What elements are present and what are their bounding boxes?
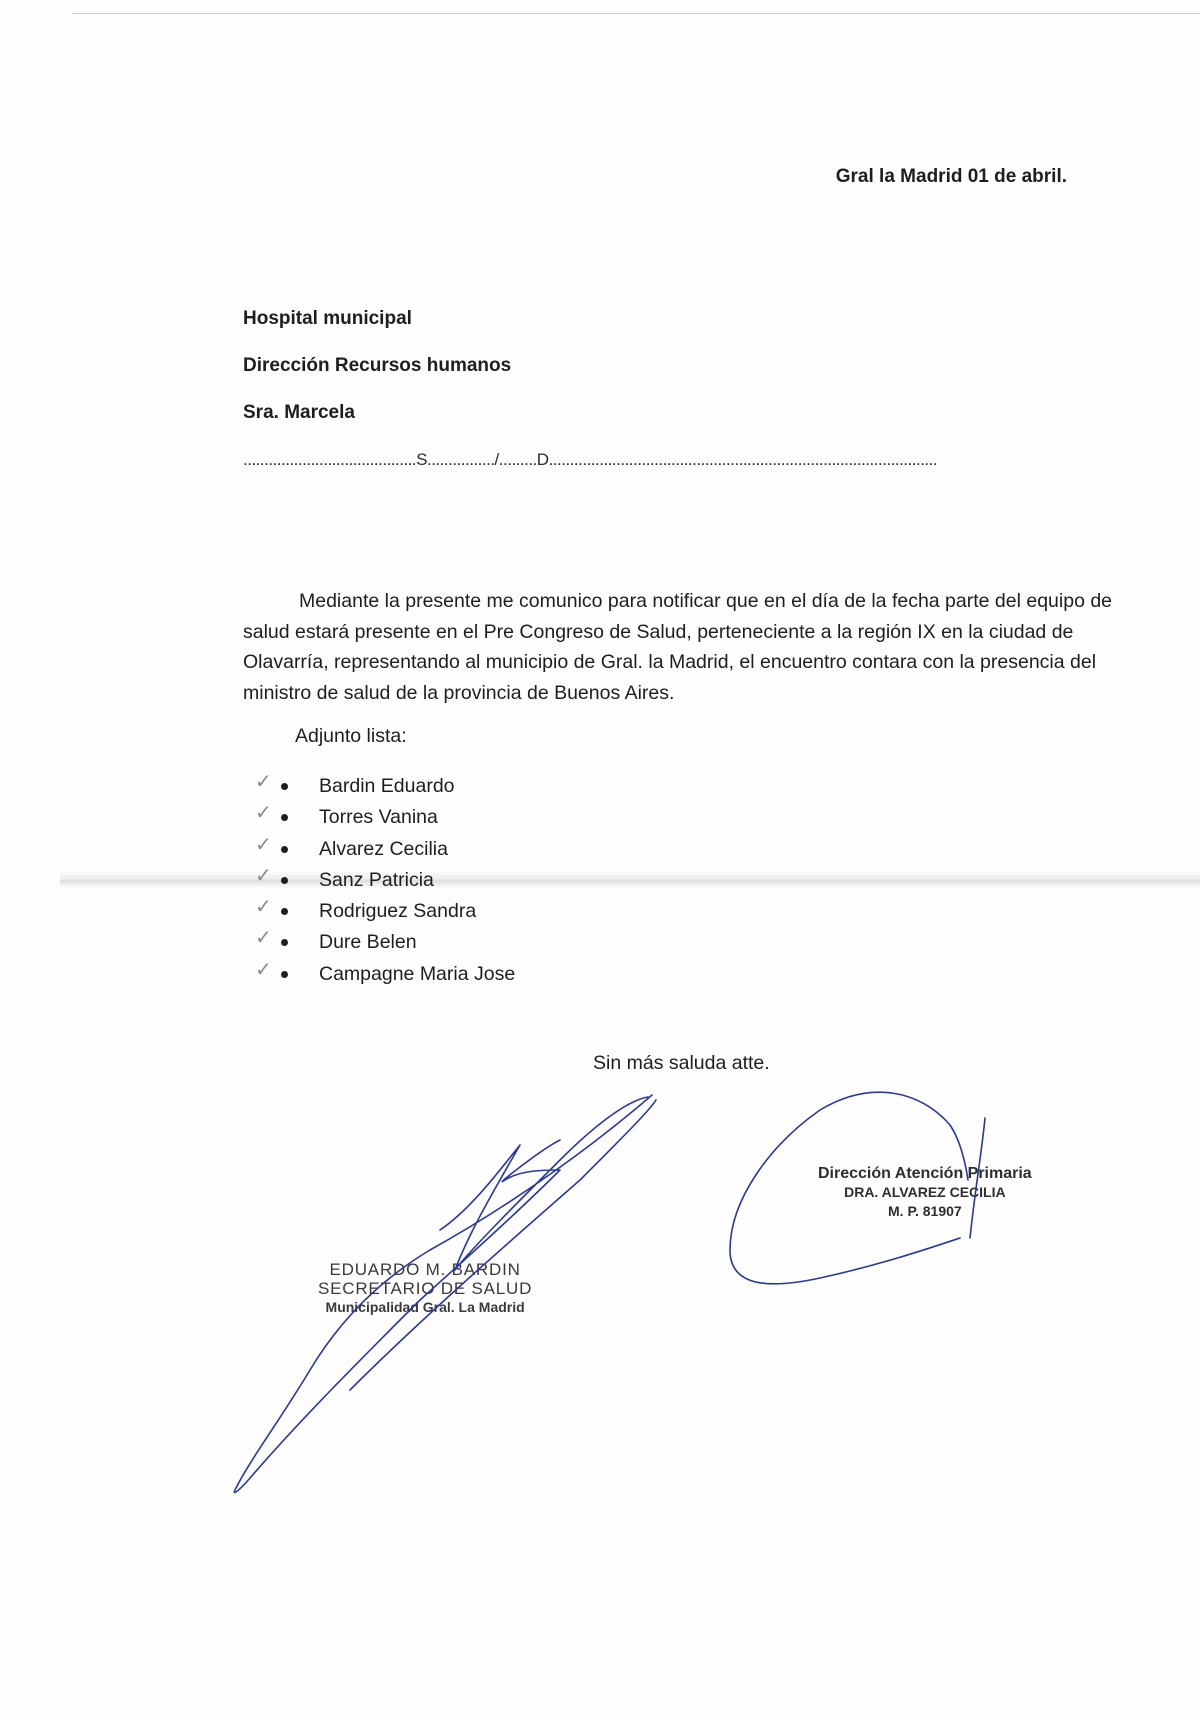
bullet-icon <box>281 908 288 915</box>
attendee-name: Campagne Maria Jose <box>319 959 515 990</box>
paper-fold-line <box>60 870 1200 888</box>
bullet-icon <box>281 971 288 978</box>
bullet-icon <box>281 939 288 946</box>
recipient-department: Dirección Recursos humanos <box>243 355 511 377</box>
attendee-name: Bardin Eduardo <box>319 771 455 802</box>
bullet-icon <box>281 877 288 884</box>
recipient-name: Sra. Marcela <box>243 402 355 424</box>
attendee-name: Alvarez Cecilia <box>319 834 448 865</box>
check-mark-icon: ✓ <box>255 830 272 861</box>
scan-top-edge <box>72 13 1200 14</box>
check-mark-icon: ✓ <box>255 955 272 986</box>
check-mark-icon: ✓ <box>255 861 272 892</box>
body-paragraph: Mediante la presente me comunico para no… <box>243 586 1128 708</box>
stamp-secretary-name: EDUARDO M. BARDIN <box>318 1260 532 1279</box>
salutation-dots: ........................................… <box>243 450 937 470</box>
recipient-institution: Hospital municipal <box>243 308 412 330</box>
date-line: Gral la Madrid 01 de abril. <box>836 166 1067 188</box>
bullet-icon <box>281 814 288 821</box>
closing-line: Sin más saluda atte. <box>593 1052 770 1075</box>
check-mark-icon: ✓ <box>255 798 272 829</box>
stamp-secretary: EDUARDO M. BARDIN SECRETARIO DE SALUD Mu… <box>318 1260 532 1317</box>
check-mark-icon: ✓ <box>255 767 272 798</box>
stamp-secretary-title: SECRETARIO DE SALUD <box>318 1279 532 1298</box>
stamp-primary-care-license: M. P. 81907 <box>818 1202 1032 1221</box>
check-mark-icon: ✓ <box>255 892 272 923</box>
bullet-icon <box>281 846 288 853</box>
stamp-primary-care-department: Dirección Atención Primaria <box>818 1164 1032 1183</box>
attendee-name: Sanz Patricia <box>319 865 434 896</box>
stamp-primary-care: Dirección Atención Primaria DRA. ALVAREZ… <box>818 1164 1032 1221</box>
stamp-secretary-institution: Municipalidad Gral. La Madrid <box>318 1298 532 1317</box>
attachment-label: Adjunto lista: <box>295 725 407 748</box>
handwritten-signatures <box>0 0 1200 1713</box>
check-mark-icon: ✓ <box>255 923 272 954</box>
attendee-name: Rodriguez Sandra <box>319 896 476 927</box>
bullet-icon <box>281 783 288 790</box>
letter-body: Mediante la presente me comunico para no… <box>243 586 1128 708</box>
attendee-name: Torres Vanina <box>319 802 438 833</box>
stamp-primary-care-name: DRA. ALVAREZ CECILIA <box>818 1183 1032 1202</box>
attendee-name: Dure Belen <box>319 927 417 958</box>
